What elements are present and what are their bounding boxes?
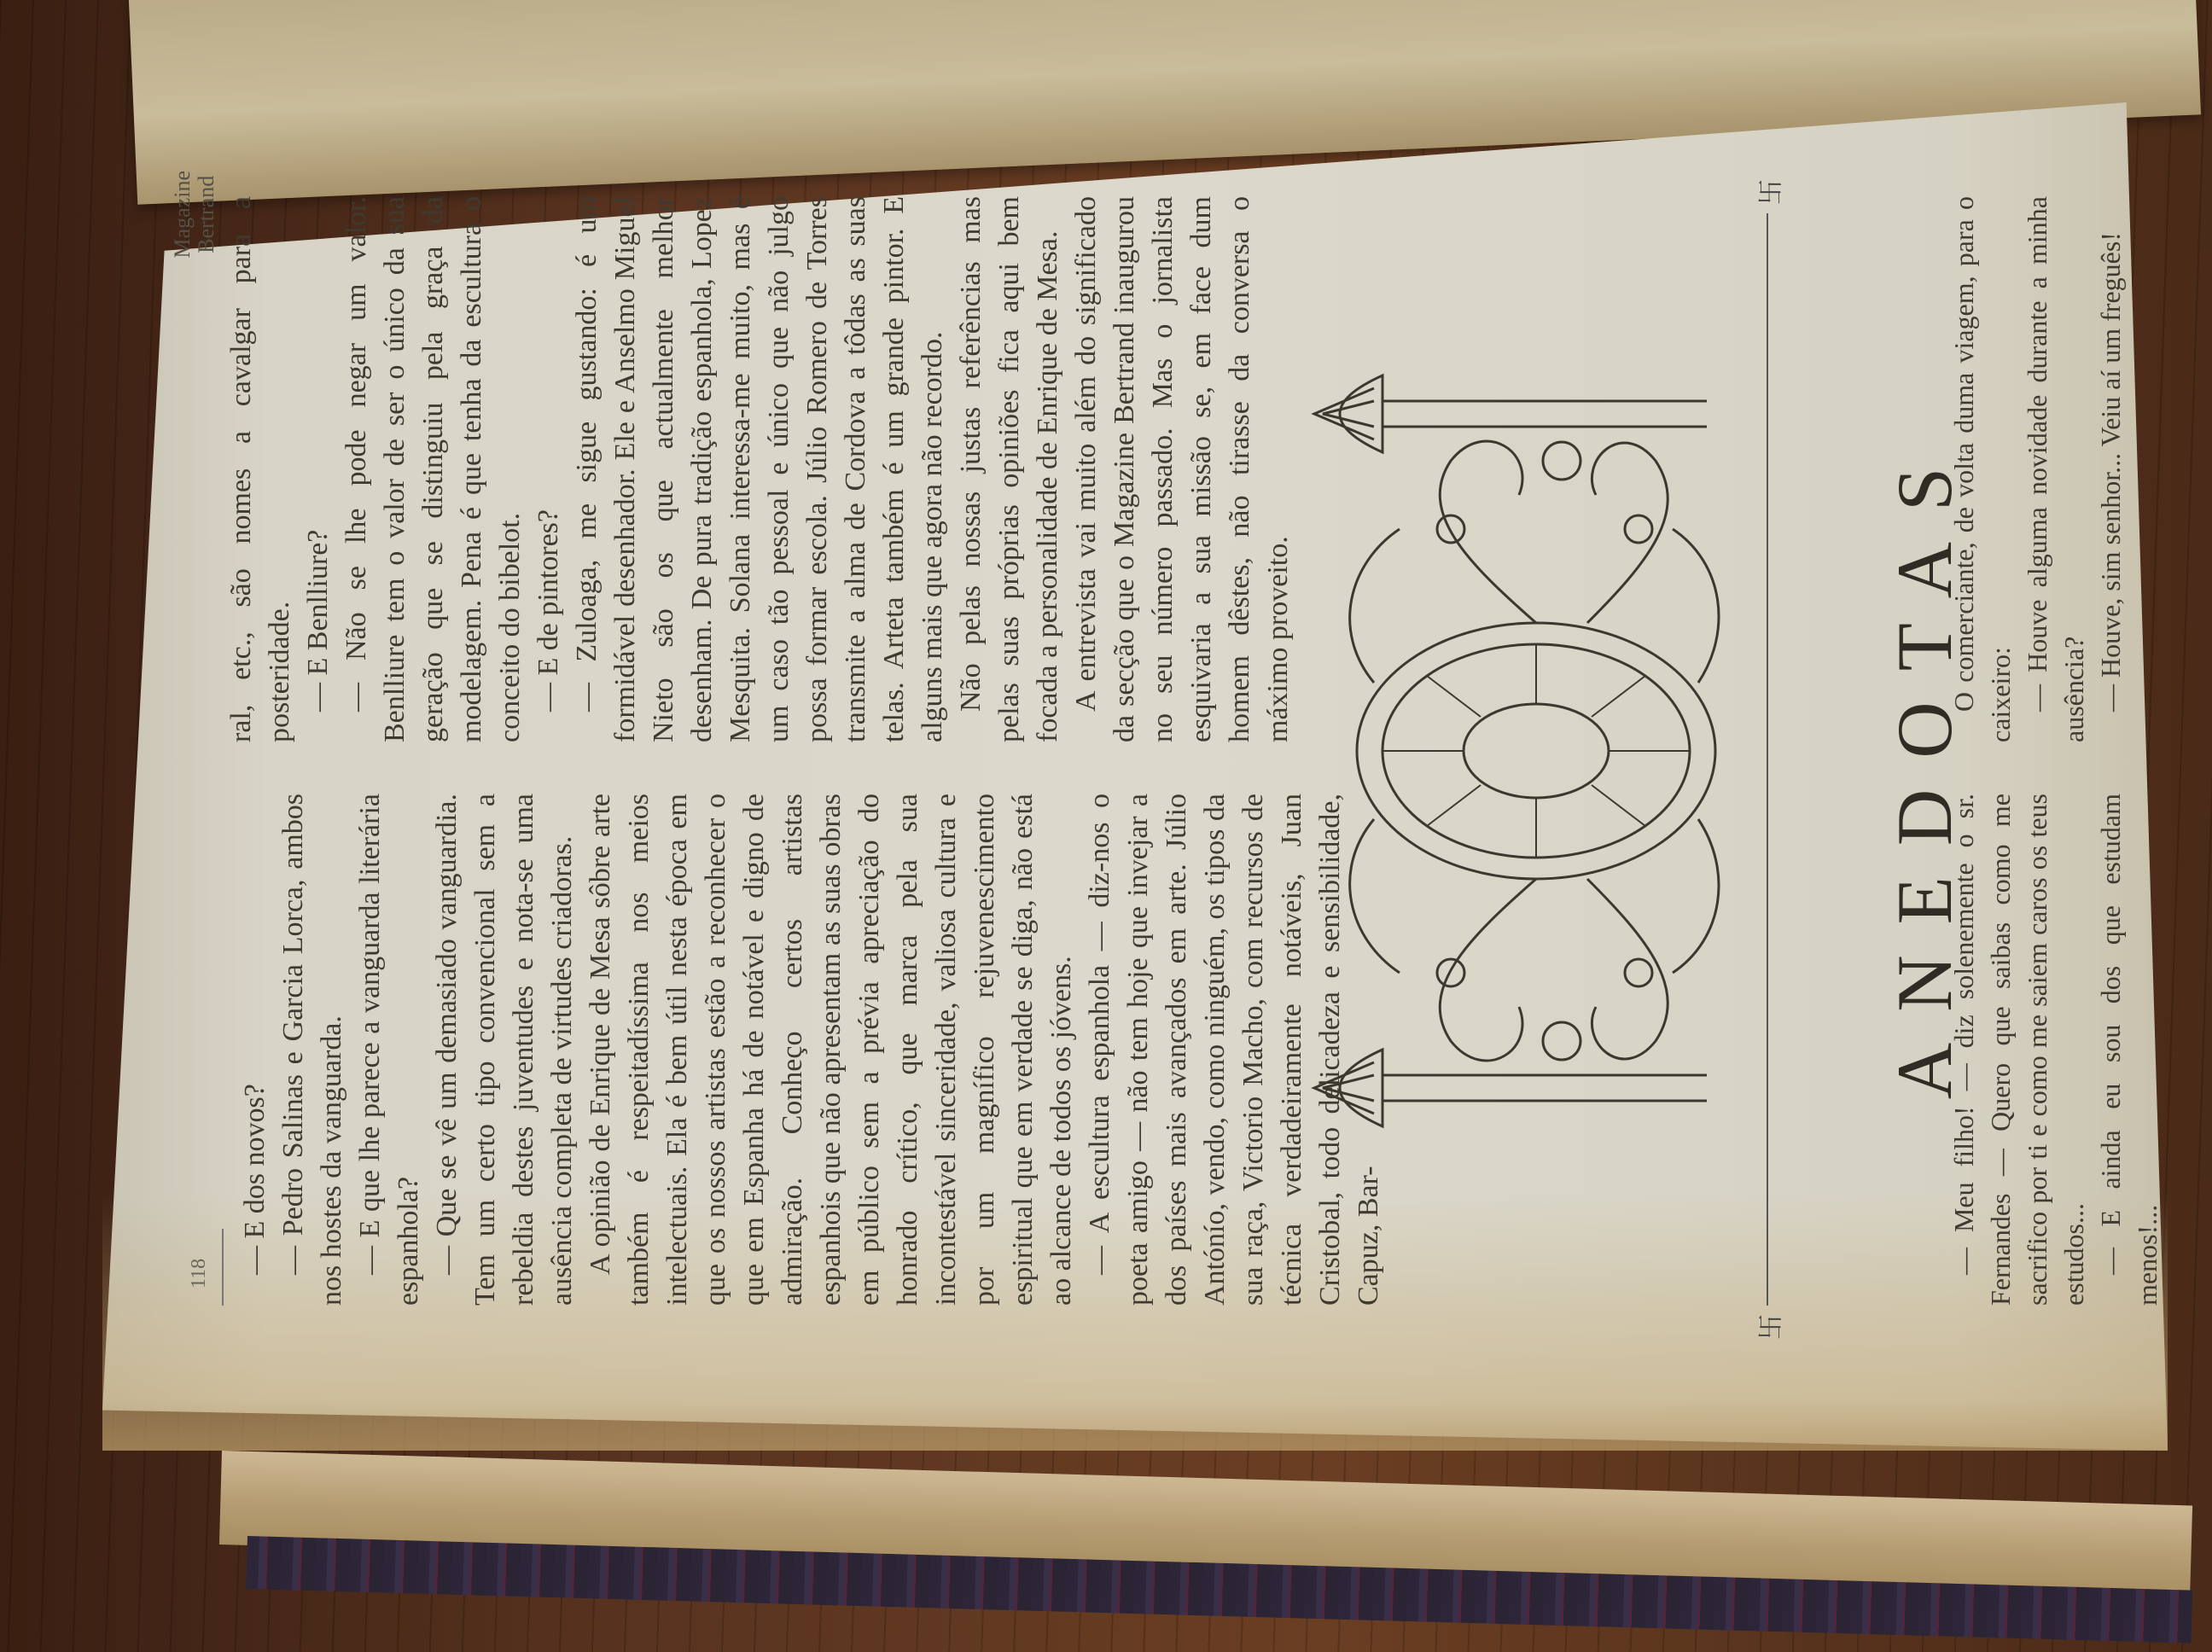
paragraph: — Pedro Salinas e Garcia Lorca, ambos no… [274,794,351,1306]
paragraph: — E dos novos? [236,794,274,1306]
section-divider-rule [1767,213,1768,1306]
paragraph: ral, etc., são nomes a cavalgar para a p… [222,196,299,742]
paragraph: — E de pintores? [529,196,568,742]
divider-ornament-left: 卐 [1749,1314,1787,1340]
paragraph: — Não se lhe pode negar um valor. Benlli… [337,196,529,742]
paragraph: — E Benlliure? [299,196,337,742]
page-content-rotated: 118 Magazine Bertrand — E dos novos? — P… [154,0,1417,1399]
anecdote-left-column: — Meu filho! — diz solenemente o sr. Fer… [1946,794,2166,1306]
paragraph: A entrevista vai muito além do significa… [1067,196,1297,742]
page-number: 118 [188,1259,211,1288]
paragraph: — Houve, sim senhor... Veiu aí um freguê… [2093,196,2129,742]
paragraph: Não pelas nossas justas referências mas … [952,196,1067,742]
baroque-ornament-icon [1280,205,1741,1297]
running-head-line-1: Magazine [171,171,195,259]
paragraph: — E ainda eu sou dos que estudam menos!.… [2093,794,2166,1306]
paragraph: O comerciante, de volta duma viagem, par… [1946,196,2019,742]
paragraph: — Meu filho! — diz solenemente o sr. Fer… [1946,794,2093,1306]
divider-ornament-right: 卐 [1749,179,1787,205]
paragraph: — Houve alguma novidade durante a minha … [2019,196,2093,742]
running-head: Magazine Bertrand [171,171,218,259]
paragraph: — Zuloaga, me sigue gustando: é um formi… [568,196,952,742]
paragraph: — E que lhe parece a vanguarda literária… [351,794,428,1306]
column-top-rule [222,1229,224,1306]
paragraph: A opinião de Enrique de Mesa sôbre arte … [581,794,1080,1306]
paragraph: — Que se vê um demasiado vanguardia. Tem… [428,794,581,1306]
article-right-column: ral, etc., são nomes a cavalgar para a p… [222,196,1297,742]
anecdote-right-column: O comerciante, de volta duma viagem, par… [1946,196,2129,742]
article-left-column: — E dos novos? — Pedro Salinas e Garcia … [222,794,1388,1306]
running-head-line-2: Bertrand [195,171,218,259]
